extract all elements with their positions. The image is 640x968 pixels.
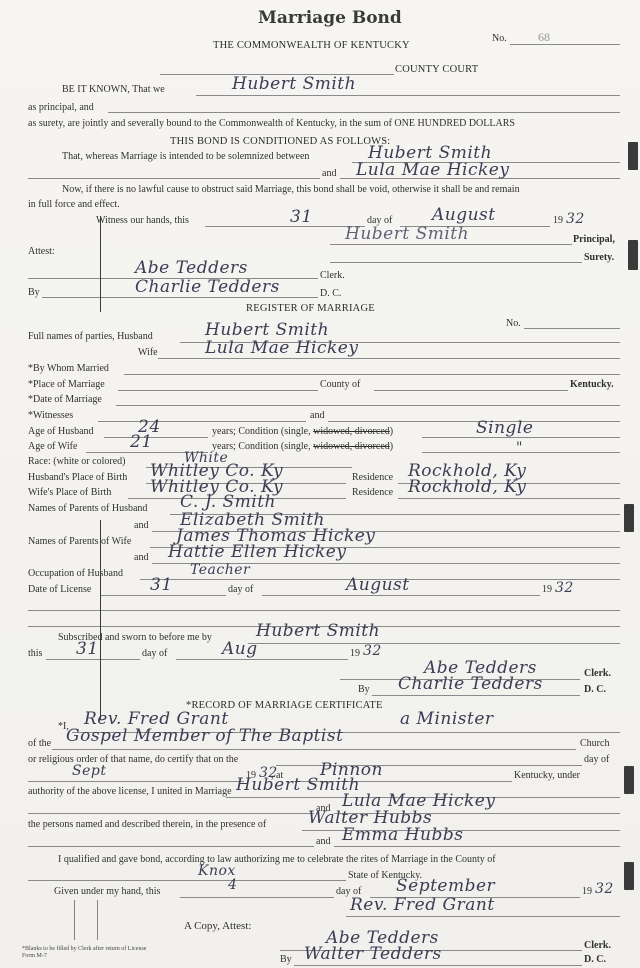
parents-wife-label: Names of Parents of Wife xyxy=(28,536,131,547)
attest-label: Attest: xyxy=(28,246,55,257)
age-wife: 21 xyxy=(130,432,153,452)
presence-text: the persons named and described therein,… xyxy=(28,819,266,830)
license-month-line xyxy=(262,595,540,596)
given-day: 4 xyxy=(228,877,237,893)
wife-residence-line xyxy=(398,498,620,499)
whereas-text: That, whereas Marriage is intended to be… xyxy=(62,151,309,162)
party2-name: Lula Mae Hickey xyxy=(356,160,509,180)
witnesses-and-label: and xyxy=(310,410,324,421)
witness1-line xyxy=(98,421,306,422)
age-husband-line xyxy=(104,437,208,438)
bond-by-label: By xyxy=(28,287,40,298)
wife-residence: Rockhold, Ky xyxy=(408,477,526,497)
in-full-force-text: in full force and effect. xyxy=(28,199,120,210)
husband-name: Hubert Smith xyxy=(205,320,329,340)
date-of-marriage-line xyxy=(116,405,620,406)
witness-hands-label: Witness our hands, this xyxy=(96,215,189,226)
cert-witness2: Emma Hubbs xyxy=(342,825,463,845)
date-of-marriage-label: *Date of Marriage xyxy=(28,394,102,405)
register-no-line xyxy=(524,328,620,329)
commonwealth-heading: THE COMMONWEALTH OF KENTUCKY xyxy=(213,40,410,51)
bond-dc-label: D. C. xyxy=(320,288,341,299)
principal-sig-line xyxy=(330,244,572,245)
witness2-line xyxy=(328,421,620,422)
kentucky-under-label: Kentucky, under xyxy=(514,770,580,781)
margin-rule-4 xyxy=(97,900,98,940)
license-date-label: Date of License xyxy=(28,584,91,595)
register-by-label: By xyxy=(358,684,370,695)
occupation-value: Teacher xyxy=(190,562,250,578)
register-heading: REGISTER OF MARRIAGE xyxy=(246,303,375,314)
subscribed-line xyxy=(248,643,620,644)
officiant-sig-line xyxy=(346,916,620,917)
religious-order-text: or religious order of that name, do cert… xyxy=(28,754,238,765)
register-dc-line xyxy=(372,695,580,696)
sworn-this-label: this xyxy=(28,648,42,659)
sworn-month-line xyxy=(176,659,348,660)
bond-number-line xyxy=(510,44,620,45)
cert-month-line xyxy=(28,781,244,782)
place-line xyxy=(118,390,318,391)
witness-day: 31 xyxy=(290,207,313,227)
register-no-label: No. xyxy=(506,318,521,329)
witness-year: 32 xyxy=(566,211,585,227)
given-year: 32 xyxy=(595,881,614,897)
place-label: *Place of Marriage xyxy=(28,379,105,390)
kentucky-label: Kentucky. xyxy=(570,379,614,390)
principal-name: Hubert Smith xyxy=(232,74,356,94)
dc-sig-line xyxy=(42,297,318,298)
witness2-cert-line xyxy=(334,846,620,847)
license-day-line xyxy=(100,595,226,596)
husband-residence-label: Residence xyxy=(352,472,393,483)
principal-line xyxy=(196,95,620,96)
county-court-label: COUNTY COURT xyxy=(395,64,478,75)
given-day-line xyxy=(180,897,334,898)
bond-number-value: 68 xyxy=(538,30,550,45)
sworn-day-of-label: day of xyxy=(142,648,167,659)
qualified-text: I qualified and gave bond, according to … xyxy=(58,854,496,865)
party-line-left xyxy=(28,178,320,179)
given-year-prefix: 19 xyxy=(582,886,592,897)
register-clerk-label: Clerk. xyxy=(584,668,611,679)
by-whom-label: *By Whom Married xyxy=(28,363,109,374)
bond-number-label: No. xyxy=(492,33,507,44)
register-dc-label: D. C. xyxy=(584,684,606,695)
husband-condition: Single xyxy=(476,418,533,438)
wife-parents-and-label: and xyxy=(134,552,148,563)
sworn-day-line xyxy=(46,659,140,660)
license-month: August xyxy=(346,575,410,595)
given-label: Given under my hand, this xyxy=(54,886,160,897)
surety-text: as surety, are jointly and severally bou… xyxy=(28,118,515,129)
surety-label: Surety. xyxy=(584,252,614,263)
license-year: 32 xyxy=(555,580,574,596)
edge-tab-mark xyxy=(624,862,634,890)
surety-sig-line xyxy=(330,262,582,263)
bond-clerk-label: Clerk. xyxy=(320,270,345,281)
sworn-year: 32 xyxy=(363,643,382,659)
edge-tab-mark xyxy=(624,504,634,532)
of-the-label: of the xyxy=(28,738,51,749)
officiant-title: a Minister xyxy=(400,709,494,729)
license-day: 31 xyxy=(150,575,173,595)
authority-text: authority of the above license, I united… xyxy=(28,786,232,797)
margin-rule-3 xyxy=(74,900,75,940)
edge-tab-mark xyxy=(624,766,634,794)
bride-line-left xyxy=(28,813,314,814)
as-principal-label: as principal, and xyxy=(28,102,94,113)
witness-day-line xyxy=(205,226,365,227)
conditioned-heading: THIS BOND IS CONDITIONED AS FOLLOWS: xyxy=(170,136,390,147)
parents-husband-label: Names of Parents of Husband xyxy=(28,503,147,514)
blank-line-1 xyxy=(28,610,620,611)
wife-condition: " xyxy=(516,440,523,456)
husband-condition-label: years; Condition (single, widowed, divor… xyxy=(212,426,393,437)
now-if-text: Now, if there is no lawful cause to obst… xyxy=(62,184,520,195)
wife-label: Wife xyxy=(138,347,158,358)
age-husband-label: Age of Husband xyxy=(28,426,94,437)
witness-year-prefix: 19 xyxy=(553,215,563,226)
wife-birth-label: Wife's Place of Birth xyxy=(28,487,111,498)
footnote-line-1: *Blanks to be filled by Clerk after retu… xyxy=(22,946,146,953)
husband-father: C. J. Smith xyxy=(180,492,276,512)
cert-day-of-label: day of xyxy=(584,754,609,765)
cert-by-label: By xyxy=(280,954,292,965)
cert-clerk-label: Clerk. xyxy=(584,940,611,951)
margin-rule-2 xyxy=(100,520,101,720)
bond-dc-signature: Charlie Tedders xyxy=(135,277,280,297)
cert-dc-label: D. C. xyxy=(584,954,606,965)
subscribed-name: Hubert Smith xyxy=(256,621,380,641)
sworn-day: 31 xyxy=(76,639,99,659)
race-label: Race: (white or colored) xyxy=(28,456,125,467)
wife-name: Lula Mae Hickey xyxy=(205,338,358,358)
witness2-line-left xyxy=(28,846,314,847)
county-of-line xyxy=(374,390,568,391)
church-name: Gospel Member of The Baptist xyxy=(66,726,343,746)
principal-signature: Hubert Smith xyxy=(345,224,469,244)
sworn-month: Aug xyxy=(222,639,258,659)
copy-attest-label: A Copy, Attest: xyxy=(184,920,251,932)
edge-tab-mark xyxy=(628,240,638,270)
document-title: Marriage Bond xyxy=(258,8,402,28)
wife-mother: Hattie Ellen Hickey xyxy=(168,542,346,562)
wife-line xyxy=(158,358,620,359)
age-wife-label: Age of Wife xyxy=(28,441,77,452)
witnesses-label: *Witnesses xyxy=(28,410,73,421)
church-label: Church xyxy=(580,738,609,749)
and-label: and xyxy=(322,168,336,179)
officiant-signature: Rev. Fred Grant xyxy=(350,895,495,915)
cert-dc-signature: Walter Tedders xyxy=(304,944,442,964)
wife-condition-label: years; Condition (single, widowed, divor… xyxy=(212,441,393,452)
register-dc-signature: Charlie Tedders xyxy=(398,674,543,694)
footnote-line-2: Form M-7 xyxy=(22,953,47,960)
sworn-year-prefix: 19 xyxy=(350,648,360,659)
license-day-of-label: day of xyxy=(228,584,253,595)
bond-clerk-signature: Abe Tedders xyxy=(135,258,248,278)
husband-parents-and-label: and xyxy=(134,520,148,531)
be-it-known-label: BE IT KNOWN, That we xyxy=(62,84,165,95)
cert-witness-and-label: and xyxy=(316,836,330,847)
edge-tab-mark xyxy=(628,142,638,170)
church-line xyxy=(52,749,576,750)
occupation-label: Occupation of Husband xyxy=(28,568,123,579)
cert-dc-line xyxy=(294,965,582,966)
principal-label: Principal, xyxy=(573,234,615,245)
husband-birth-label: Husband's Place of Birth xyxy=(28,472,127,483)
husband-label: Full names of parties, Husband xyxy=(28,331,153,342)
by-whom-line xyxy=(124,374,620,375)
marriage-bond-document: Marriage Bond THE COMMONWEALTH OF KENTUC… xyxy=(0,0,640,968)
county-of-label: County of xyxy=(320,379,360,390)
witness-month: August xyxy=(432,205,496,225)
cert-month: Sept xyxy=(72,763,106,779)
license-year-prefix: 19 xyxy=(542,584,552,595)
margin-rule-1 xyxy=(100,216,101,312)
wife-residence-label: Residence xyxy=(352,487,393,498)
county-cert-line xyxy=(28,880,346,881)
given-month: September xyxy=(396,876,495,896)
surety-name-line xyxy=(108,112,620,113)
